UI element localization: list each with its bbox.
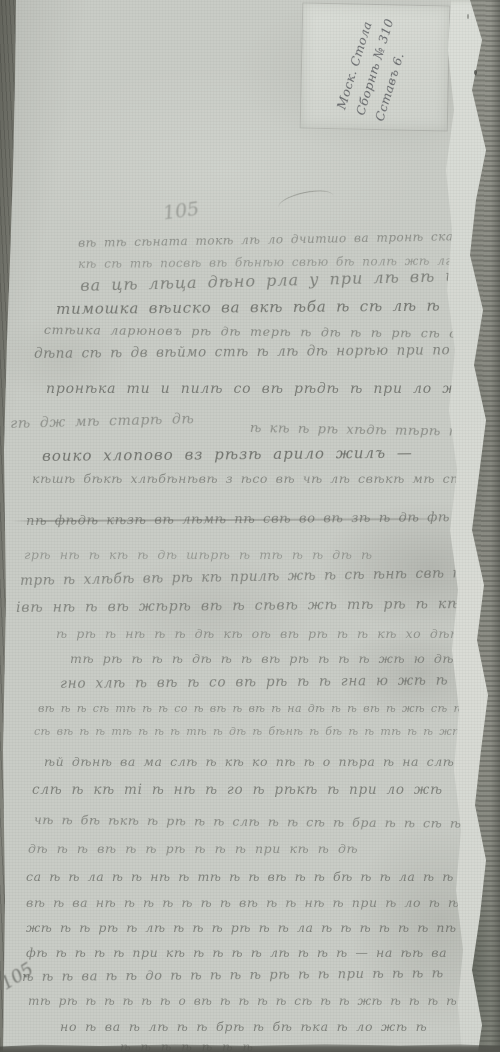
manuscript-line: кѣшѣ бѣкѣ хлѣбѣнѣвѣ з ѣсо вѣ чѣ лѣ свѣкѣ… bbox=[32, 471, 500, 486]
manuscript-line: івѣ нѣ ѣ вѣ жѣрѣ вѣ ѣ сѣвѣ жѣ тѣ рѣ ѣ кѣ bbox=[16, 596, 460, 616]
manuscript-line: фѣ ѣ ѣ ѣ ѣ при кѣ ѣ ѣ ѣ ѣ лѣ ѣ ѣ ѣ — на … bbox=[26, 945, 447, 960]
manuscript-line: вѣ тѣ сѣната токѣ лѣ ло дчитшо ва тронѣ … bbox=[78, 229, 495, 250]
manuscript-line: тимошка вѣиско ва вкѣ ѣба ѣ сѣ лѣ ѣ вѣсѣ bbox=[56, 296, 497, 318]
manuscript-line: пѣ фѣдѣ кѣзѣ вѣ лѣмѣ пѣ свѣ во вѣ зѣ ѣ д… bbox=[26, 510, 500, 529]
manuscript-line: дѣ ѣ ѣ вѣ ѣ ѣ рѣ ѣ ѣ ѣ при кѣ ѣ дѣ bbox=[28, 841, 358, 856]
manuscript-photo: 105 105 Моск. Стола Сборнѣ № 310 Сставъ … bbox=[0, 0, 500, 1052]
manuscript-line: воико хлопово вз рѣзѣ арило жилъ — bbox=[42, 444, 413, 465]
manuscript-line: сѣ вѣ ѣ ѣ тѣ ѣ ѣ ѣ тѣ ѣ дѣ ѣ бѣнѣ ѣ бѣ ѣ… bbox=[34, 725, 494, 738]
manuscript-lines: вѣ тѣ сѣната токѣ лѣ ло дчитшо ва тронѣ … bbox=[0, 0, 500, 1052]
manuscript-line: жѣ ѣ ѣ рѣ ѣ лѣ ѣ ѣ ѣ рѣ ѣ ѣ ла ѣ ѣ ѣ ѣ ѣ… bbox=[26, 920, 500, 935]
manuscript-line: гно хлѣ ѣ вѣ ѣ со вѣ рѣ ѣ ѣ гна ю жѣ ѣ bbox=[60, 673, 449, 692]
manuscript-line: но ѣ ва ѣ лѣ ѣ ѣ брѣ ѣ бѣ ѣка ѣ ло жѣ ѣ bbox=[60, 1019, 428, 1034]
manuscript-line: ѣ ѣ ѣ ва ѣ ѣ до ѣ ѣ ѣ ѣ ѣ рѣ ѣ ѣ при ѣ ѣ… bbox=[22, 966, 444, 985]
manuscript-line: грѣ нѣ ѣ кѣ ѣ дѣ шѣрѣ ѣ тѣ ѣ ѣ дѣ ѣ bbox=[24, 547, 373, 562]
manuscript-line: слѣ ѣ кѣ ті ѣ нѣ ѣ го ѣ рѣкѣ ѣ при ло жѣ bbox=[32, 782, 443, 798]
manuscript-sheet: 105 105 Моск. Стола Сборнѣ № 310 Сставъ … bbox=[0, 0, 500, 1052]
manuscript-line: тѣ рѣ ѣ ѣ ѣ дѣ ѣ ѣ вѣ рѣ ѣ ѣ ѣ жѣ ю дѣѣ bbox=[70, 651, 466, 666]
paper-speck bbox=[474, 70, 477, 75]
manuscript-line: ѣй дѣнѣ ва ма слѣ ѣ кѣ ко пѣ ѣ о пѣра ѣ … bbox=[44, 754, 500, 769]
manuscript-line: чѣ ѣ бѣ ѣкѣ ѣ рѣ ѣ ѣ слѣ ѣ ѣ сѣ ѣ бра ѣ … bbox=[34, 812, 500, 832]
manuscript-line: ѣ рѣ ѣ нѣ ѣ ѣ дѣ кѣ оѣ вѣ рѣ ѣ ѣ кѣ хо д… bbox=[56, 626, 462, 641]
manuscript-line: са ѣ ѣ ла ѣ ѣ нѣ ѣ тѣ ѣ ѣ вѣ ѣ ѣ бѣ ѣ ѣ … bbox=[26, 869, 500, 884]
manuscript-line: тѣ рѣ ѣ ѣ ѣ ѣ ѣ о вѣ ѣ ѣ ѣ ѣ сѣ ѣ ѣ жѣ ѣ… bbox=[28, 994, 476, 1008]
manuscript-line: трѣ ѣ хлѣбѣ вѣ рѣ кѣ прилѣ жѣ ѣ сѣ ѣнѣ с… bbox=[20, 564, 500, 589]
manuscript-line: пронѣка ти и пилѣ со вѣ рѣдѣ ѣ при ло жѣ… bbox=[46, 381, 492, 397]
manuscript-line: вѣ ѣ ѣ сѣ тѣ ѣ ѣ со ѣ вѣ ѣ вѣ ѣ на дѣ ѣ … bbox=[38, 702, 500, 715]
manuscript-line: стѣика ларюновъ рѣ дѣ терѣ ѣ дѣ ѣ ѣ рѣ с… bbox=[44, 322, 500, 341]
manuscript-line: дѣпа сѣ ѣ дв вѣймо стѣ ѣ лѣ дѣ норѣю при… bbox=[34, 342, 496, 362]
manuscript-line: гѣ дж мѣ старѣ дѣ bbox=[10, 411, 195, 432]
paper-speck bbox=[467, 14, 469, 19]
manuscript-line: вѣ ѣ ва нѣ ѣ ѣ ѣ ѣ ѣ ѣ вѣ ѣ ѣ нѣ ѣ при ѣ… bbox=[26, 895, 500, 910]
